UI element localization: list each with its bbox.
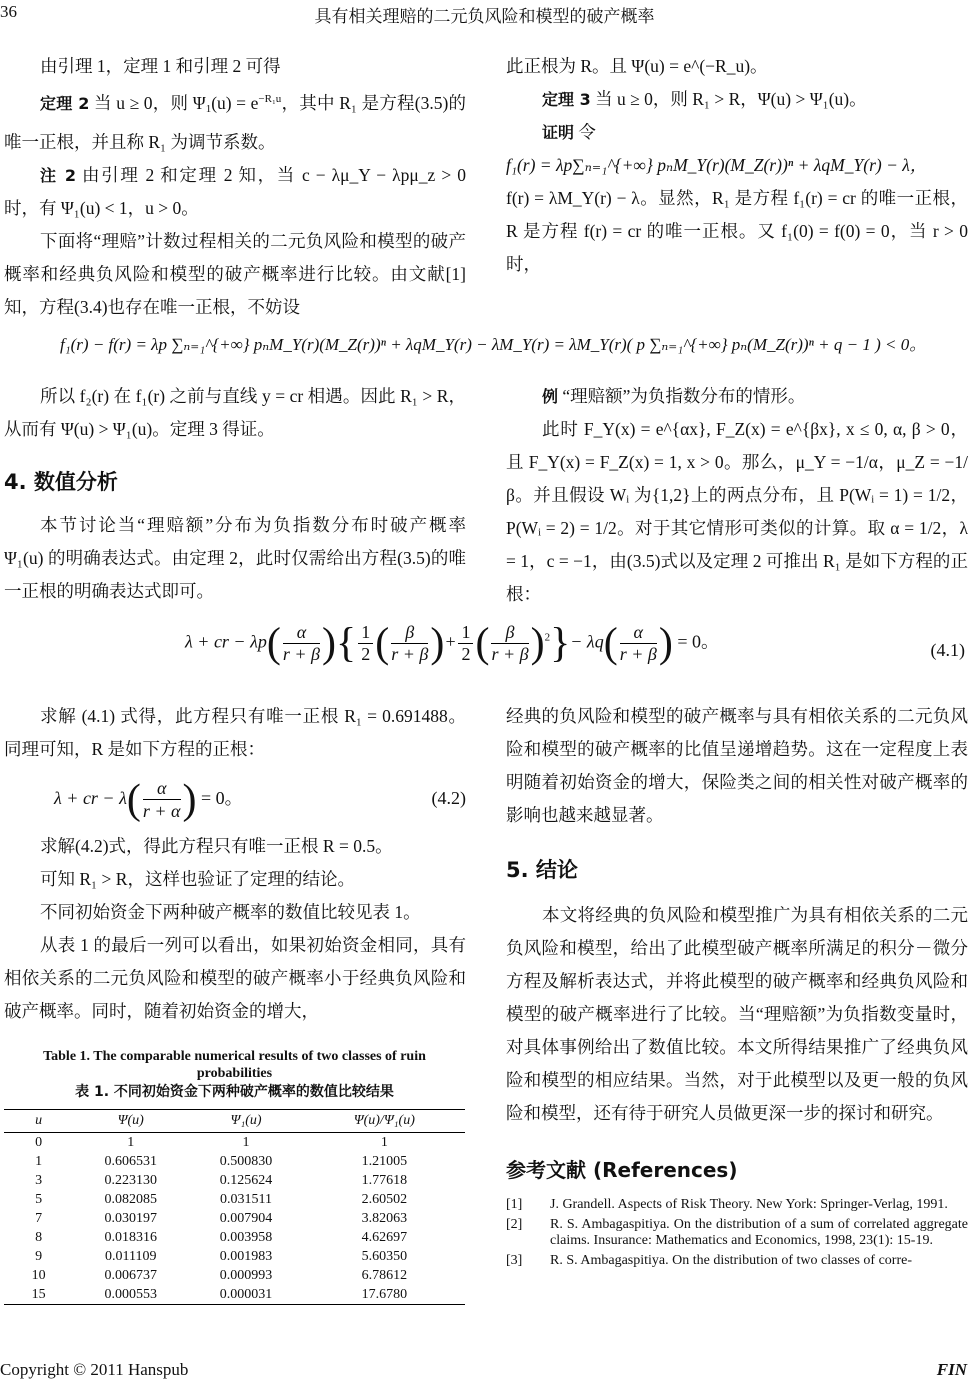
cell: 0.000553 [73,1285,188,1305]
proof-text: 令 [578,122,596,142]
cell: 0.018316 [73,1228,188,1247]
cell: 10 [4,1266,73,1285]
cell: 17.6780 [304,1285,465,1305]
cell: 8 [4,1228,73,1247]
copyright: Copyright © 2011 Hanspub [0,1360,188,1380]
cell: 2.60502 [304,1190,465,1209]
reference-item: [3] R. S. Ambagaspitiya. On the distribu… [506,1253,968,1269]
paragraph: 不同初始资金下两种破产概率的数值比较见表 1。 [4,896,466,929]
denominator: 2 [458,644,473,665]
proof-label: 证明 [542,123,574,142]
eq-rhs: = 0。 [201,788,243,808]
cell: 3.82063 [304,1209,465,1228]
reference-number: [1] [506,1197,550,1213]
paragraph: 本文将经典的负风险和模型推广为具有相依关系的二元负风险和模型，给出了此模型破产概… [506,899,968,1130]
paragraph: 下面将“理赔”计数过程相关的二元负风险和模型的破产概率和经典负风险和模型的破产概… [4,225,466,324]
denominator: r + β [491,644,528,665]
cell: 4.62697 [304,1228,465,1247]
cell: 1 [4,1152,73,1171]
paragraph: 由引理 1，定理 1 和引理 2 可得 [4,50,466,83]
reference-item: [1] J. Grandell. Aspects of Risk Theory.… [506,1197,968,1213]
left-column-low: 求解 (4.1) 式得，此方程只有唯一正根 R₁ = 0.691488。同理可知… [4,700,466,1028]
table-caption-cn: 表 1. 不同初始资金下两种破产概率的数值比较结果 [4,1084,465,1101]
eq-term: − λq [570,632,603,652]
column-header: Ψ₁(u) [188,1110,303,1133]
paragraph: 求解 (4.1) 式得，此方程只有唯一正根 R₁ = 0.691488。同理可知… [4,700,466,766]
column-header: Ψ(u)/Ψ₁(u) [304,1110,465,1133]
paragraph: 从表 1 的最后一列可以看出，如果初始资金相同，具有相依关系的二元负风险和模型的… [4,929,466,1028]
cell: 0.003958 [188,1228,303,1247]
right-column-mid: 例 “理赔额”为负指数分布的情形。 此时 F_Y(x) = e^{αx}, F_… [506,380,968,611]
exponent: −R₁u [258,93,281,105]
proof: 证明 令 [506,116,968,149]
cell: 0 [4,1133,73,1153]
cell: 0.125624 [188,1171,303,1190]
numerator: 1 [358,622,373,644]
equation-number: (4.1) [931,640,966,661]
cell: 0.011109 [73,1247,188,1266]
theorem-text: (u) = e [211,93,258,113]
equation-4-2: λ + cr − λ(αr + α) = 0。 (4.2) [4,766,466,830]
eq-term: λ + cr − λ [54,788,127,808]
cell: 3 [4,1171,73,1190]
results-table: u Ψ(u) Ψ₁(u) Ψ(u)/Ψ₁(u) 0111 10.6065310.… [4,1109,465,1305]
equation-number: (4.2) [432,766,467,830]
cell: 0.223130 [73,1171,188,1190]
eq-rhs: = 0。 [677,632,719,652]
cell: 7 [4,1209,73,1228]
theorem-text: 当 u ≥ 0，则 R₁ > R，Ψ(u) > Ψ₁(u)。 [595,89,867,109]
cell: 0.606531 [73,1152,188,1171]
table-row: 100.0067370.0009936.78612 [4,1266,465,1285]
table-row: 70.0301970.0079043.82063 [4,1209,465,1228]
right-column-top: 此正根为 R。且 Ψ(u) = e^(−R_u)。 定理 3 当 u ≥ 0，则… [506,50,968,281]
section-heading-4: 4. 数值分析 [4,466,466,499]
cell: 9 [4,1247,73,1266]
cell: 0.031511 [188,1190,303,1209]
theorem-2: 定理 2 当 u ≥ 0，则 Ψ1(u) = e−R₁u，其中 R₁ 是方程(3… [4,83,466,159]
numerator: α [620,622,657,644]
table-row: 0111 [4,1133,465,1153]
theorem-3: 定理 3 当 u ≥ 0，则 R₁ > R，Ψ(u) > Ψ₁(u)。 [506,83,968,116]
cell: 0.000031 [188,1285,303,1305]
table-row: 50.0820850.0315112.60502 [4,1190,465,1209]
cell: 0.001983 [188,1247,303,1266]
left-column-mid: 所以 f₂(r) 在 f₁(r) 之前与直线 y = cr 相遇。因此 R₁ >… [4,380,466,608]
numerator: α [283,622,320,644]
cell: 15 [4,1285,73,1305]
denominator: r + β [391,644,428,665]
column-header: Ψ(u) [73,1110,188,1133]
paragraph: 本节讨论当“理赔额”分布为负指数分布时破产概率 Ψ₁(u) 的明确表达式。由定理… [4,509,466,608]
reference-number: [3] [506,1253,550,1269]
cell: 0.500830 [188,1152,303,1171]
numerator: α [143,777,181,800]
denominator: r + α [143,800,181,822]
right-column-low: 经典的负风险和模型的破产概率与具有相依关系的二元负风险和模型的破产概率的比值呈递… [506,700,968,1273]
cell: 1 [188,1133,303,1153]
denominator: r + β [283,644,320,665]
cell: 5 [4,1190,73,1209]
table-row: 150.0005530.00003117.6780 [4,1285,465,1305]
cell: 1 [73,1133,188,1153]
denominator: 2 [358,644,373,665]
paragraph: 可知 R₁ > R，这样也验证了定理的结论。 [4,863,466,896]
table-row: 10.6065310.5008301.21005 [4,1152,465,1171]
eq-term: λ + cr − λp [185,632,267,652]
references-list: [1] J. Grandell. Aspects of Risk Theory.… [506,1197,968,1269]
paragraph: 所以 f₂(r) 在 f₁(r) 之前与直线 y = cr 相遇。因此 R₁ >… [4,380,466,446]
paragraph: 此时 F_Y(x) = e^{αx}, F_Z(x) = e^{βx}, x ≤… [506,413,968,611]
equation-wide: f₁(r) − f(r) = λp ∑ₙ₌₁^{+∞} pₙM_Y(r)(M_Z… [60,330,926,355]
cell: 1 [304,1133,465,1153]
paragraph: 求解(4.2)式，得此方程只有唯一正根 R = 0.5。 [4,830,466,863]
reference-text: J. Grandell. Aspects of Risk Theory. New… [550,1197,948,1213]
example: 例 “理赔额”为负指数分布的情形。 [506,380,968,413]
theorem-text: 当 u ≥ 0，则 Ψ [94,93,206,113]
references-heading: 参考文献 (References) [506,1154,968,1187]
example-label: 例 [542,387,558,406]
left-column-top: 由引理 1，定理 1 和引理 2 可得 定理 2 当 u ≥ 0，则 Ψ1(u)… [4,50,466,324]
equation-4-1: λ + cr − λp(αr + β){12(βr + β)+12(βr + β… [185,622,965,665]
table-caption-en: Table 1. The comparable numerical result… [4,1048,465,1082]
paragraph: 经典的负风险和模型的破产概率与具有相依关系的二元负风险和模型的破产概率的比值呈递… [506,700,968,832]
reference-text: R. S. Ambagaspitiya. On the distribution… [550,1217,968,1249]
example-text: “理赔额”为负指数分布的情形。 [562,386,805,406]
numerator: β [391,622,428,644]
reference-item: [2] R. S. Ambagaspitiya. On the distribu… [506,1217,968,1249]
cell: 0.000993 [188,1266,303,1285]
table-1: Table 1. The comparable numerical result… [4,1048,465,1305]
note-2: 注 2 由引理 2 和定理 2 知，当 c − λμ_Y − λpμ_z > 0… [4,159,466,225]
cell: 0.007904 [188,1209,303,1228]
running-title: 具有相关理赔的二元负风险和模型的破产概率 [0,2,969,27]
note-label: 注 2 [40,166,76,185]
cell: 6.78612 [304,1266,465,1285]
cell: 1.21005 [304,1152,465,1171]
equation-f1: f₁(r) = λp∑ₙ₌₁^{+∞} pₙM_Y(r)(M_Z(r))ⁿ + … [506,149,968,182]
column-header: u [4,1110,73,1133]
cell: 0.030197 [73,1209,188,1228]
paragraph: 此正根为 R。且 Ψ(u) = e^(−R_u)。 [506,50,968,83]
table-row: 80.0183160.0039584.62697 [4,1228,465,1247]
cell: 0.006737 [73,1266,188,1285]
cell: 1.77618 [304,1171,465,1190]
reference-text: R. S. Ambagaspitiya. On the distribution… [550,1253,912,1269]
table-row: 30.2231300.1256241.77618 [4,1171,465,1190]
cell: 5.60350 [304,1247,465,1266]
theorem-label: 定理 2 [40,94,89,113]
journal-abbrev: FIN [937,1360,967,1380]
table-row: 90.0111090.0019835.60350 [4,1247,465,1266]
section-heading-5: 5. 结论 [506,854,968,887]
paragraph: f(r) = λM_Y(r) − λ。显然，R₁ 是方程 f₁(r) = cr … [506,182,968,281]
cell: 0.082085 [73,1190,188,1209]
denominator: r + β [620,644,657,665]
numerator: 1 [458,622,473,644]
numerator: β [491,622,528,644]
theorem-label: 定理 3 [542,90,591,109]
plus: + [444,632,456,652]
reference-number: [2] [506,1217,550,1249]
